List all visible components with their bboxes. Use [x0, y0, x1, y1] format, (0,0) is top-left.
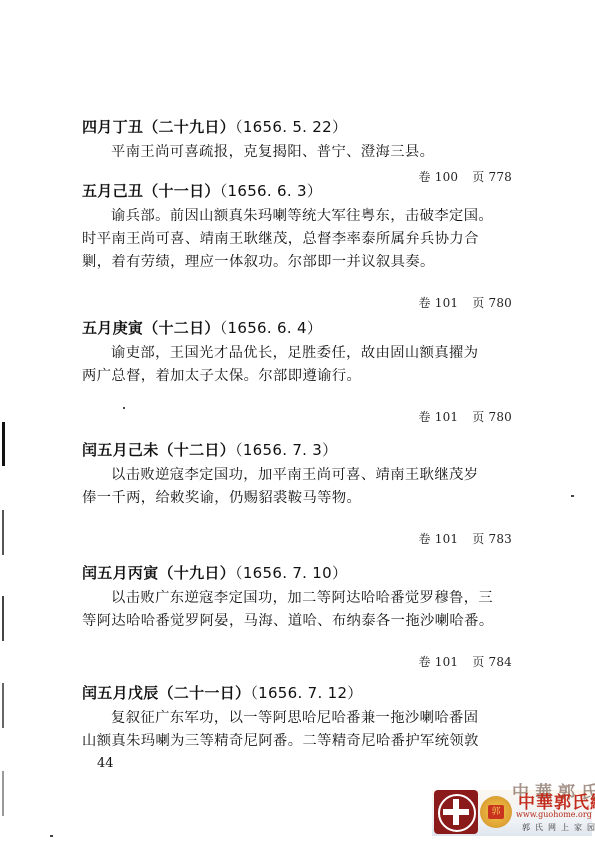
body-line: 等阿达哈哈番觉罗阿晏，马海、道哈、布纳泰各一拖沙喇哈番。: [82, 610, 512, 633]
scan-artifact-line: [2, 422, 5, 466]
scan-artifact-dot: [123, 407, 125, 409]
entry-body: 复叙征广东军功，以一等阿思哈尼哈番兼一拖沙喇哈番固 山额真朱玛喇为三等精奇尼阿番…: [82, 707, 512, 753]
entry-body: 以击败广东逆寇李定国功，加二等阿达哈哈番觉罗穆鲁，三 等阿达哈哈番觉罗阿晏，马海…: [82, 587, 512, 633]
entry-date-ganzhi: 五月庚寅（十二日）: [82, 319, 220, 337]
entry-1656-06-04: 五月庚寅（十二日）（1656. 6. 4） 谕吏部，王国光才品优长，足胜委任，故…: [82, 318, 512, 425]
citation-volume: 卷 101: [419, 296, 459, 310]
emblem-icon: [434, 790, 478, 834]
scan-artifact-line: [2, 510, 4, 555]
body-line: 平南王尚可喜疏报，克复揭阳、普宁、澄海三县。: [82, 141, 512, 164]
scan-artifact-line: [2, 683, 4, 728]
body-line: 谕吏部，王国光才品优长，足胜委任，故由固山额真擢为: [82, 342, 512, 365]
citation: 卷 101页 783: [82, 530, 512, 547]
entry-date-ganzhi: 闰五月丙寅（十九日）: [82, 564, 235, 582]
entry-1656-05-22: 四月丁丑（二十九日）（1656. 5. 22） 平南王尚可喜疏报，克复揭阳、普宁…: [82, 117, 512, 185]
entry-date-gregorian: （1656. 7. 12）: [250, 684, 362, 702]
entry-date-gregorian: （1656. 6. 3）: [220, 182, 322, 200]
body-line: 两广总督，着加太子太保。尔部即遵谕行。: [82, 365, 512, 388]
body-line: 剿，着有劳绩，理应一体叙功。尔部即一并议叙具奏。: [82, 251, 512, 274]
citation-volume: 卷 101: [419, 410, 459, 424]
body-line: 以击败广东逆寇李定国功，加二等阿达哈哈番觉罗穆鲁，三: [82, 587, 512, 610]
body-line: 时平南王尚可喜、靖南王耿继茂，总督李率泰所属弁兵协力合: [82, 228, 512, 251]
entry-body: 以击败逆寇李定国功，加平南王尚可喜、靖南王耿继茂岁 俸一千两，给敕奖谕，仍赐貂裘…: [82, 464, 512, 510]
citation: 卷 101页 780: [82, 294, 512, 311]
entry-heading: 四月丁丑（二十九日）（1656. 5. 22）: [82, 117, 512, 137]
page-number: 44: [97, 756, 114, 771]
entry-date-ganzhi: 闰五月戊辰（二十一日）: [82, 684, 250, 702]
body-line: 谕兵部。前因山额真朱玛喇等统大军往粤东，击破李定国。: [82, 205, 512, 228]
entry-date-gregorian: （1656. 6. 4）: [220, 319, 322, 337]
logo-url: www.guohome.org: [516, 810, 592, 819]
logo-slogan: 郭氏网上家园: [522, 822, 595, 833]
entry-date-ganzhi: 闰五月己未（十二日）: [82, 441, 235, 459]
entry-body: 平南王尚可喜疏报，克复揭阳、普宁、澄海三县。: [82, 141, 512, 164]
entry-1656-07-03: 闰五月己未（十二日）（1656. 7. 3） 以击败逆寇李定国功，加平南王尚可喜…: [82, 440, 512, 547]
scan-artifact-line: [2, 771, 4, 816]
entry-body: 谕吏部，王国光才品优长，足胜委任，故由固山额真擢为 两广总督，着加太子太保。尔部…: [82, 342, 512, 388]
body-line: 复叙征广东军功，以一等阿思哈尼哈番兼一拖沙喇哈番固: [82, 707, 512, 730]
entry-date-ganzhi: 四月丁丑（二十九日）: [82, 118, 235, 136]
body-line: 山额真朱玛喇为三等精奇尼阿番。二等精奇尼哈番护军统领敦: [82, 730, 512, 753]
entry-heading: 五月己丑（十一日）（1656. 6. 3）: [82, 181, 512, 201]
entry-1656-07-12: 闰五月戊辰（二十一日）（1656. 7. 12） 复叙征广东军功，以一等阿思哈尼…: [82, 683, 512, 753]
emblem-cross-v: [453, 799, 459, 825]
citation: 卷 101页 780: [82, 408, 512, 425]
entry-1656-07-10: 闰五月丙寅（十九日）（1656. 7. 10） 以击败广东逆寇李定国功，加二等阿…: [82, 563, 512, 670]
citation-page: 页 780: [472, 410, 512, 424]
scan-artifact-line: [2, 596, 4, 641]
entry-heading: 闰五月己未（十二日）（1656. 7. 3）: [82, 440, 512, 460]
watermark-logo: 郭 中華郭氏網 中華郭氏網 www.guohome.org 郭氏网上家园: [432, 784, 592, 840]
entry-heading: 闰五月丙寅（十九日）（1656. 7. 10）: [82, 563, 512, 583]
entry-body: 谕兵部。前因山额真朱玛喇等统大军往粤东，击破李定国。 时平南王尚可喜、靖南王耿继…: [82, 205, 512, 274]
entry-1656-06-03: 五月己丑（十一日）（1656. 6. 3） 谕兵部。前因山额真朱玛喇等统大军往粤…: [82, 181, 512, 311]
entry-date-gregorian: （1656. 7. 3）: [235, 441, 337, 459]
seal-icon: 郭: [480, 796, 512, 828]
document-page: 四月丁丑（二十九日）（1656. 5. 22） 平南王尚可喜疏报，克复揭阳、普宁…: [0, 0, 595, 842]
entry-heading: 闰五月戊辰（二十一日）（1656. 7. 12）: [82, 683, 512, 703]
body-line: 俸一千两，给敕奖谕，仍赐貂裘鞍马等物。: [82, 487, 512, 510]
citation-page: 页 783: [472, 532, 512, 546]
body-line: 以击败逆寇李定国功，加平南王尚可喜、靖南王耿继茂岁: [82, 464, 512, 487]
entry-heading: 五月庚寅（十二日）（1656. 6. 4）: [82, 318, 512, 338]
entry-date-gregorian: （1656. 5. 22）: [235, 118, 347, 136]
seal-text: 郭: [488, 805, 504, 819]
citation-page: 页 780: [472, 296, 512, 310]
citation-volume: 卷 101: [419, 655, 459, 669]
citation-page: 页 784: [472, 655, 512, 669]
citation-volume: 卷 101: [419, 532, 459, 546]
citation: 卷 101页 784: [82, 653, 512, 670]
entry-date-ganzhi: 五月己丑（十一日）: [82, 182, 220, 200]
scan-artifact-dot: [571, 495, 574, 497]
entry-date-gregorian: （1656. 7. 10）: [235, 564, 347, 582]
scan-artifact-dot: [50, 835, 53, 837]
